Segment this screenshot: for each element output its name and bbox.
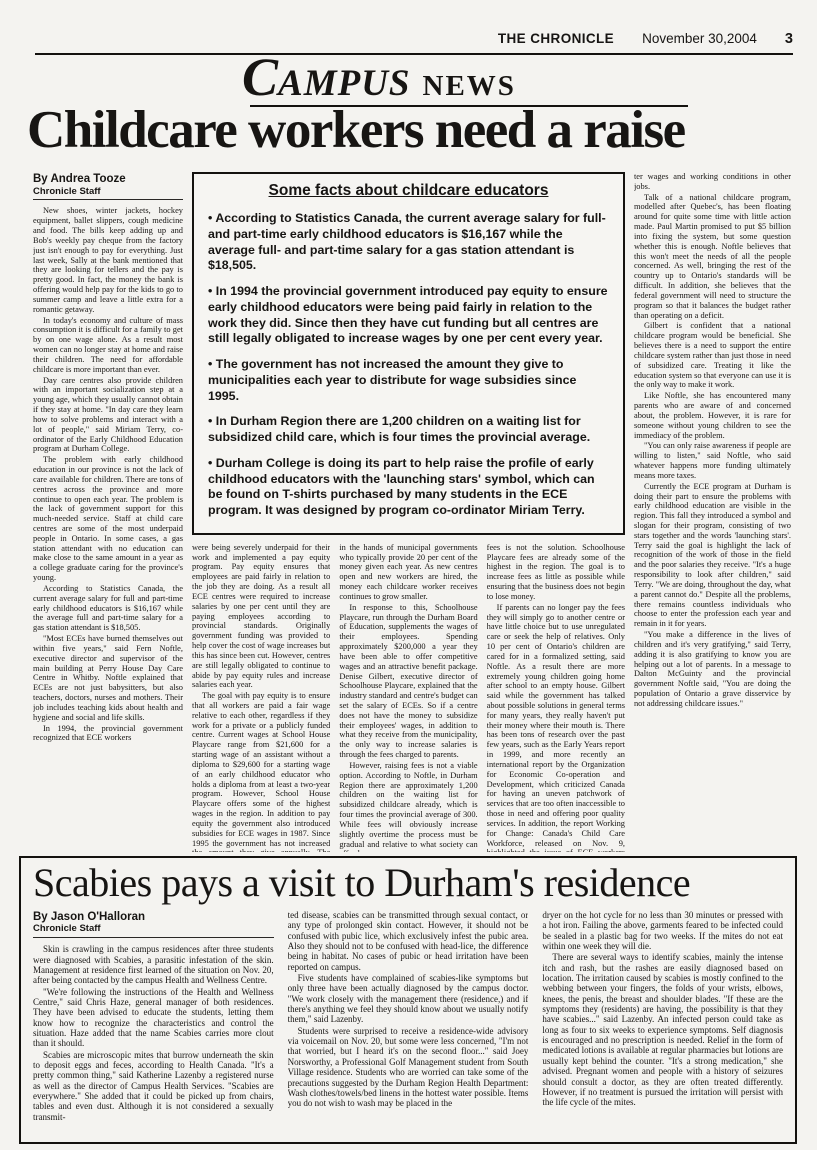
- paragraph: Students were surprised to receive a res…: [288, 1026, 529, 1109]
- facts-box: Some facts about childcare educators Acc…: [192, 172, 625, 535]
- paragraph: dryer on the hot cycle for no less than …: [542, 910, 783, 951]
- paragraph: "You make a difference in the lives of c…: [634, 630, 791, 709]
- paragraph: If parents can no longer pay the fees th…: [487, 603, 625, 852]
- masthead: THE CHRONICLE November 30,2004 3: [430, 31, 793, 47]
- issue-date: November 30,2004: [642, 31, 757, 46]
- paragraph: Scabies are microscopic mites that burro…: [33, 1050, 274, 1122]
- article1-byline-org: Chronicle Staff: [33, 186, 183, 200]
- article2-column-1: By Jason O'Halloran Chronicle Staff Skin…: [33, 910, 274, 1132]
- article1-column-1-text: New shoes, winter jackets, hockey equipm…: [33, 206, 183, 743]
- article1-headline: Childcare workers need a raise: [27, 101, 807, 159]
- paragraph: New shoes, winter jackets, hockey equipm…: [33, 206, 183, 314]
- article1-byline-name: By Andrea Tooze: [33, 172, 183, 186]
- paragraph: Talk of a national childcare program, mo…: [634, 193, 791, 321]
- paragraph: The problem with early childhood educati…: [33, 455, 183, 583]
- paragraph: In 1994 the provincial government introd…: [208, 284, 609, 347]
- paragraph: fees is not the solution. Schoolhouse Pl…: [487, 543, 625, 602]
- paper-name: THE CHRONICLE: [498, 31, 614, 46]
- paragraph: The government has not increased the amo…: [208, 357, 609, 404]
- section-news-word: NEWS: [423, 70, 516, 103]
- paragraph: In Durham Region there are 1,200 childre…: [208, 414, 609, 446]
- paragraph: According to Statistics Canada, the curr…: [208, 211, 609, 274]
- article2-headline: Scabies pays a visit to Durham's residen…: [33, 860, 783, 906]
- article1-column-2: were being severely underpaid for their …: [192, 543, 330, 852]
- article2-byline-org: Chronicle Staff: [33, 924, 274, 938]
- paragraph: There are several ways to identify scabi…: [542, 952, 783, 1107]
- article2-column-2: ted disease, scabies can be transmitted …: [288, 910, 529, 1132]
- paragraph: were being severely underpaid for their …: [192, 543, 330, 690]
- paragraph: Gilbert is confident that a national chi…: [634, 321, 791, 390]
- article2-body: By Jason O'Halloran Chronicle Staff Skin…: [33, 910, 783, 1132]
- paragraph: ted disease, scabies can be transmitted …: [288, 910, 529, 972]
- paragraph: Skin is crawling in the campus residence…: [33, 944, 274, 985]
- article2-byline-name: By Jason O'Halloran: [33, 910, 274, 924]
- paragraph: "Most ECEs have burned themselves out wi…: [33, 634, 183, 722]
- facts-box-title: Some facts about childcare educators: [208, 182, 609, 200]
- article1-column-3: in the hands of municipal governments wh…: [339, 543, 477, 852]
- paragraph: "You can only raise awareness if people …: [634, 441, 791, 480]
- paragraph: in the hands of municipal governments wh…: [339, 543, 477, 602]
- paragraph: According to Statistics Canada, the curr…: [33, 584, 183, 633]
- paragraph: "We're following the instructions of the…: [33, 987, 274, 1049]
- paragraph: In today's economy and culture of mass c…: [33, 316, 183, 375]
- article2-column-1-text: Skin is crawling in the campus residence…: [33, 944, 274, 1122]
- facts-box-list: According to Statistics Canada, the curr…: [208, 211, 609, 519]
- section-campus-initial: C: [242, 50, 278, 104]
- article1-column-4: fees is not the solution. Schoolhouse Pl…: [487, 543, 625, 852]
- article1-body: By Andrea Tooze Chronicle Staff New shoe…: [33, 172, 791, 852]
- paragraph: Five students have complained of scabies…: [288, 973, 529, 1025]
- section-title: C AMPUS NEWS: [242, 50, 516, 105]
- article2-column-3: dryer on the hot cycle for no less than …: [542, 910, 783, 1132]
- paragraph: Currently the ECE program at Durham is d…: [634, 482, 791, 629]
- page-number: 3: [785, 31, 793, 47]
- paragraph: Like Noftle, she has encountered many pa…: [634, 391, 791, 440]
- article1-column-1: By Andrea Tooze Chronicle Staff New shoe…: [33, 172, 183, 852]
- paragraph: However, raising fees is not a viable op…: [339, 761, 477, 852]
- paragraph: ter wages and working conditions in othe…: [634, 172, 791, 192]
- article1-column-5: ter wages and working conditions in othe…: [634, 172, 791, 852]
- article1-byline: By Andrea Tooze Chronicle Staff: [33, 172, 183, 200]
- paragraph: In 1994, the provincial government recog…: [33, 724, 183, 744]
- paragraph: In response to this, Schoolhouse Playcar…: [339, 603, 477, 760]
- paragraph: The goal with pay equity is to ensure th…: [192, 691, 330, 852]
- article2-byline: By Jason O'Halloran Chronicle Staff: [33, 910, 274, 938]
- paragraph: Durham College is doing its part to help…: [208, 456, 609, 519]
- article2-box: Scabies pays a visit to Durham's residen…: [19, 856, 797, 1144]
- section-campus-rest: AMPUS: [278, 62, 410, 105]
- paragraph: Day care centres also provide children w…: [33, 376, 183, 455]
